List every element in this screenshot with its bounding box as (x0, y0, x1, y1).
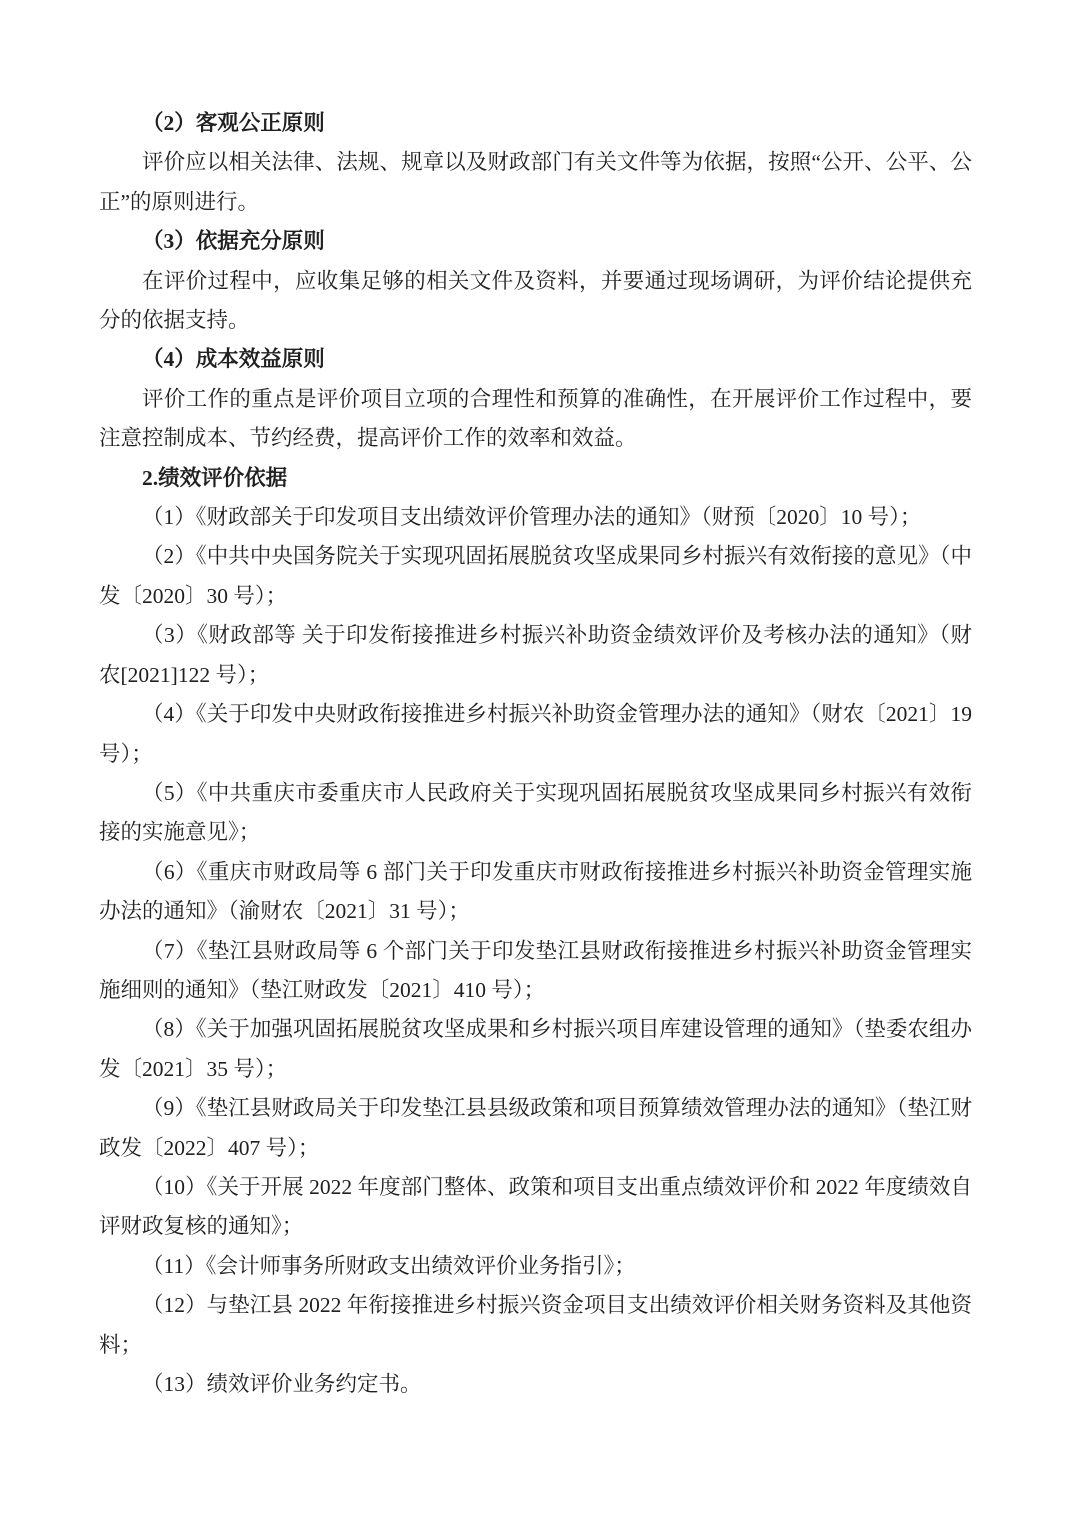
list-item-13: （13）绩效评价业务约定书。 (99, 1365, 972, 1404)
list-item-3: （3）《财政部等 关于印发衔接推进乡村振兴补助资金绩效评价及考核办法的通知》（财… (99, 616, 972, 695)
list-item-6: （6）《重庆市财政局等 6 部门关于印发重庆市财政衔接推进乡村振兴补助资金管理实… (99, 853, 972, 932)
list-item-4: （4）《关于印发中央财政衔接推进乡村振兴补助资金管理办法的通知》（财农〔2021… (99, 695, 972, 774)
paragraph-objective-fairness: 评价应以相关法律、法规、规章以及财政部门有关文件等为依据，按照“公开、公平、公正… (99, 143, 972, 222)
document-page: （2）客观公正原则 评价应以相关法律、法规、规章以及财政部门有关文件等为依据，按… (0, 0, 1074, 1520)
paragraph-sufficient-basis: 在评价过程中，应收集足够的相关文件及资料，并要通过现场调研，为评价结论提供充分的… (99, 262, 972, 341)
list-item-12: （12）与垫江县 2022 年衔接推进乡村振兴资金项目支出绩效评价相关财务资料及… (99, 1286, 972, 1365)
list-item-5: （5）《中共重庆市委重庆市人民政府关于实现巩固拓展脱贫攻坚成果同乡村振兴有效衔接… (99, 774, 972, 853)
list-item-2: （2）《中共中央国务院关于实现巩固拓展脱贫攻坚成果同乡村振兴有效衔接的意见》（中… (99, 537, 972, 616)
list-item-1: （1）《财政部关于印发项目支出绩效评价管理办法的通知》（财预〔2020〕10 号… (99, 498, 972, 537)
section-heading-objective-fairness: （2）客观公正原则 (99, 104, 972, 143)
list-item-7: （7）《垫江县财政局等 6 个部门关于印发垫江县财政衔接推进乡村振兴补助资金管理… (99, 932, 972, 1011)
list-item-9: （9）《垫江县财政局关于印发垫江县县级政策和项目预算绩效管理办法的通知》（垫江财… (99, 1089, 972, 1168)
list-item-8: （8）《关于加强巩固拓展脱贫攻坚成果和乡村振兴项目库建设管理的通知》（垫委农组办… (99, 1010, 972, 1089)
section-heading-cost-benefit: （4）成本效益原则 (99, 340, 972, 379)
section-heading-sufficient-basis: （3）依据充分原则 (99, 222, 972, 261)
section-heading-evaluation-basis: 2.绩效评价依据 (99, 459, 972, 498)
list-item-10: （10）《关于开展 2022 年度部门整体、政策和项目支出重点绩效评价和 202… (99, 1168, 972, 1247)
document-content: （2）客观公正原则 评价应以相关法律、法规、规章以及财政部门有关文件等为依据，按… (99, 104, 972, 1404)
paragraph-cost-benefit: 评价工作的重点是评价项目立项的合理性和预算的准确性，在开展评价工作过程中，要注意… (99, 380, 972, 459)
list-item-11: （11）《会计师事务所财政支出绩效评价业务指引》； (99, 1247, 972, 1286)
